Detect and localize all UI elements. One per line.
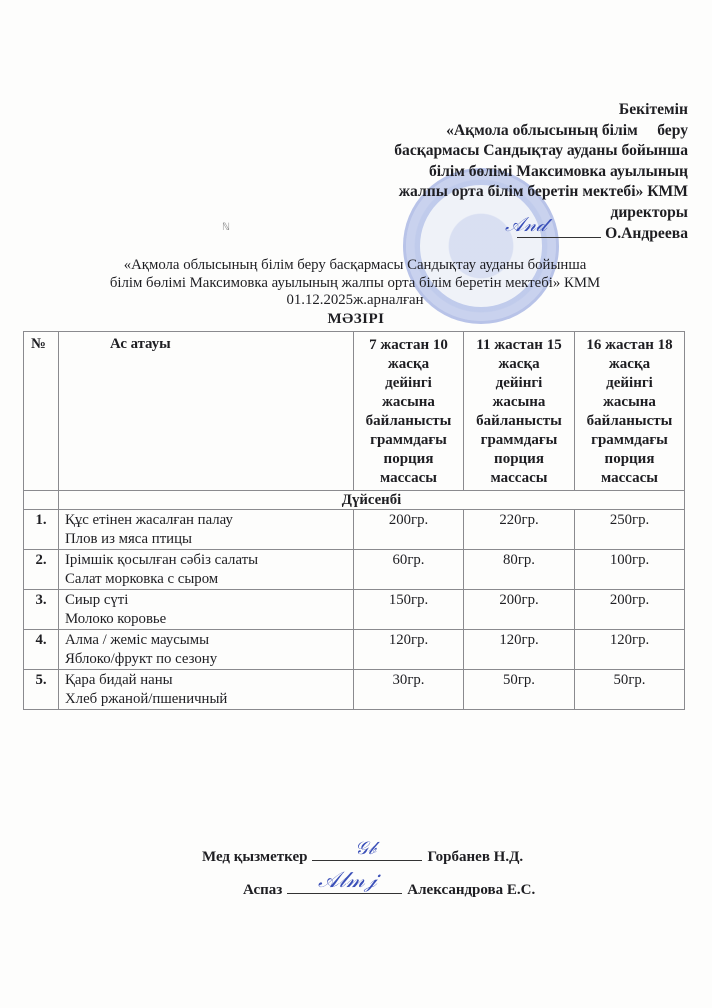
menu-title: МӘЗІРІ	[0, 311, 712, 328]
portion-cell: 120гр.	[464, 630, 575, 670]
header-age-text: байланысты	[354, 412, 463, 431]
row-number: 1.	[24, 510, 59, 550]
header-age-text: жасқа	[464, 355, 574, 374]
portion-cell: 150гр.	[354, 590, 464, 630]
approval-signature-line: О.Андреева	[308, 223, 688, 245]
signature-blank	[517, 223, 601, 238]
table-row: 4.Алма / жеміс маусымыЯблоко/фрукт по се…	[24, 630, 685, 670]
dish-name-russian: Хлеб ржаной/пшеничный	[65, 690, 353, 709]
org-title-line: білім бөлімі Максимовка ауылының жалпы о…	[24, 275, 686, 293]
row-number: 4.	[24, 630, 59, 670]
portion-cell: 100гр.	[575, 550, 685, 590]
header-age-text: граммдағы	[575, 431, 684, 450]
header-age-text: жасына	[354, 393, 463, 412]
header-age-text: массасы	[354, 469, 463, 488]
approval-line: басқармасы Сандықтау ауданы бойынша	[308, 141, 688, 162]
header-age-text: жасқа	[354, 355, 463, 374]
cook-name: Александрова Е.С.	[407, 882, 535, 898]
header-age-group: 7 жастан 10жасқадейінгіжасынабайланыстыг…	[354, 332, 464, 491]
table-row: 2.Ірімшік қосылған сәбіз салатыСалат мор…	[24, 550, 685, 590]
portion-cell: 220гр.	[464, 510, 575, 550]
table-row: 5.Қара бидай наныХлеб ржаной/пшеничный30…	[24, 670, 685, 710]
header-age-text: порция	[464, 450, 574, 469]
portion-cell: 50гр.	[464, 670, 575, 710]
day-row-number-cell	[24, 491, 59, 510]
cook-role: Аспаз	[243, 882, 282, 898]
dish-name-russian: Плов из мяса птицы	[65, 530, 353, 549]
header-age-text: граммдағы	[464, 431, 574, 450]
organization-title: «Ақмола облысының білім беру басқармасы …	[24, 257, 686, 310]
menu-table: № Ас атауы 7 жастан 10жасқадейінгіжасына…	[23, 331, 685, 710]
header-age-text: 11 жастан 15	[464, 336, 574, 355]
table-row: 1.Құс етінен жасалған палауПлов из мяса …	[24, 510, 685, 550]
dish-name-russian: Салат морковка с сыром	[65, 570, 353, 589]
portion-cell: 120гр.	[575, 630, 685, 670]
approval-line: директоры	[308, 203, 688, 224]
header-age-text: 7 жастан 10	[354, 336, 463, 355]
table-row: 3.Сиыр сүтіМолоко коровье150гр.200гр.200…	[24, 590, 685, 630]
header-age-text: дейінгі	[354, 374, 463, 393]
portion-cell: 250гр.	[575, 510, 685, 550]
dish-name-kazakh: Алма / жеміс маусымы	[65, 631, 353, 650]
dish-name-kazakh: Сиыр сүті	[65, 591, 353, 610]
dish-name-cell: Алма / жеміс маусымыЯблоко/фрукт по сезо…	[59, 630, 354, 670]
approval-line: жалпы орта білім беретін мектебі» КММ	[308, 182, 688, 203]
dish-name-cell: Қара бидай наныХлеб ржаной/пшеничный	[59, 670, 354, 710]
dish-name-kazakh: Ірімшік қосылған сәбіз салаты	[65, 551, 353, 570]
header-age-text: байланысты	[464, 412, 574, 431]
header-dish-name: Ас атауы	[59, 332, 354, 491]
header-age-text: 16 жастан 18	[575, 336, 684, 355]
header-age-group: 16 жастан 18жасқадейінгіжасынабайланысты…	[575, 332, 685, 491]
dish-name-russian: Молоко коровье	[65, 610, 353, 629]
day-label: Дүйсенбі	[59, 491, 685, 510]
cook-signature: АспазАлександрова Е.С.	[243, 879, 535, 899]
portion-cell: 60гр.	[354, 550, 464, 590]
header-age-text: порция	[354, 450, 463, 469]
row-number: 3.	[24, 590, 59, 630]
header-age-text: порция	[575, 450, 684, 469]
portion-cell: 80гр.	[464, 550, 575, 590]
dish-name-kazakh: Қара бидай наны	[65, 671, 353, 690]
header-age-text: жасына	[464, 393, 574, 412]
header-age-text: дейінгі	[575, 374, 684, 393]
row-number: 5.	[24, 670, 59, 710]
dish-name-kazakh: Құс етінен жасалған палау	[65, 511, 353, 530]
day-row: Дүйсенбі	[24, 491, 685, 510]
row-number: 2.	[24, 550, 59, 590]
portion-cell: 50гр.	[575, 670, 685, 710]
header-age-text: граммдағы	[354, 431, 463, 450]
portion-cell: 200гр.	[464, 590, 575, 630]
dish-name-russian: Яблоко/фрукт по сезону	[65, 650, 353, 669]
med-worker-signature: Мед қызметкерГорбанев Н.Д.	[202, 846, 523, 866]
stray-mark: ℕ	[222, 222, 230, 233]
signature-blank	[312, 846, 422, 861]
approval-line: «Ақмола облысының білім беру	[308, 121, 688, 142]
header-number: №	[24, 332, 59, 491]
portion-cell: 200гр.	[575, 590, 685, 630]
header-age-text: жасына	[575, 393, 684, 412]
dish-name-cell: Құс етінен жасалған палауПлов из мяса пт…	[59, 510, 354, 550]
med-worker-role: Мед қызметкер	[202, 849, 307, 865]
table-header-row: № Ас атауы 7 жастан 10жасқадейінгіжасына…	[24, 332, 685, 491]
approval-line: Бекітемін	[308, 100, 688, 121]
header-age-text: дейінгі	[464, 374, 574, 393]
med-worker-name: Горбанев Н.Д.	[427, 849, 523, 865]
header-age-text: массасы	[575, 469, 684, 488]
approval-signer: О.Андреева	[605, 225, 688, 242]
approval-block: Бекітемін «Ақмола облысының білім беру б…	[308, 100, 688, 245]
approval-line: білім бөлімі Максимовка ауылының	[308, 162, 688, 183]
portion-cell: 200гр.	[354, 510, 464, 550]
menu-date: 01.12.2025ж.арналған	[24, 292, 686, 310]
header-age-text: жасқа	[575, 355, 684, 374]
header-age-text: массасы	[464, 469, 574, 488]
header-age-group: 11 жастан 15жасқадейінгіжасынабайланысты…	[464, 332, 575, 491]
portion-cell: 30гр.	[354, 670, 464, 710]
signature-blank	[287, 879, 402, 894]
header-age-text: байланысты	[575, 412, 684, 431]
dish-name-cell: Сиыр сүтіМолоко коровье	[59, 590, 354, 630]
portion-cell: 120гр.	[354, 630, 464, 670]
org-title-line: «Ақмола облысының білім беру басқармасы …	[24, 257, 686, 275]
dish-name-cell: Ірімшік қосылған сәбіз салатыСалат морко…	[59, 550, 354, 590]
